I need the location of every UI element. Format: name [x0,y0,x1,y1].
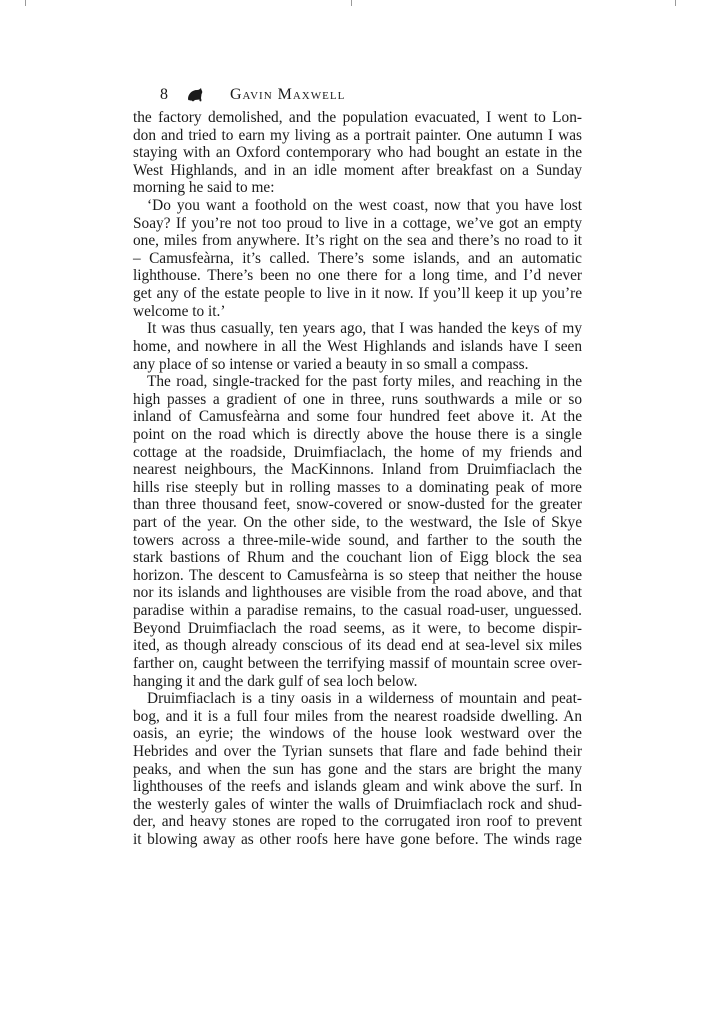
text-line: point on the road which is directly abov… [133,426,582,444]
text-line: any place of so intense or varied a beau… [133,356,582,374]
running-head: 8 Gavin Maxwell [160,84,345,106]
text-line: the westerly gales of winter the walls o… [133,796,582,814]
text-line: lighthouses of the reefs and islands gle… [133,778,582,796]
text-line: cottage at the roadside, Druimfiaclach, … [133,444,582,462]
crop-mark-left [25,0,26,6]
text-line: nor its islands and lighthouses are visi… [133,584,582,602]
crop-mark-center [351,0,352,6]
text-line: home, and nowhere in all the West Highla… [133,338,582,356]
text-line: stark bastions of Rhum and the couchant … [133,549,582,567]
text-line: it blowing away as other roofs here have… [133,831,582,849]
crop-mark-right [675,0,676,6]
text-line: towers across a three-mile-wide sound, a… [133,532,582,550]
text-line: staying with an Oxford contemporary who … [133,144,582,162]
body-text: the factory demolished, and the populati… [133,109,582,849]
text-line: part of the year. On the other side, to … [133,514,582,532]
text-line: Druimfiaclach is a tiny oasis in a wilde… [133,690,582,708]
text-line: paradise within a paradise remains, to t… [133,602,582,620]
text-line: welcome to it.’ [133,303,582,321]
text-line: the factory demolished, and the populati… [133,109,582,127]
text-line: peaks, and when the sun has gone and the… [133,761,582,779]
text-line: ited, as though already conscious of its… [133,637,582,655]
text-line: The road, single-tracked for the past fo… [133,373,582,391]
author-name: Gavin Maxwell [230,86,345,104]
text-line: get any of the estate people to live in … [133,285,582,303]
text-line: ‘Do you want a foothold on the west coas… [133,197,582,215]
text-line: Soay? If you’re not too proud to live in… [133,215,582,233]
text-line: one, miles from anywhere. It’s right on … [133,232,582,250]
text-line: bog, and it is a full four miles from th… [133,708,582,726]
text-line: It was thus casually, ten years ago, tha… [133,320,582,338]
text-line: inland of Camusfeàrna and some four hund… [133,408,582,426]
text-line: Hebrides and over the Tyrian sunsets tha… [133,743,582,761]
text-line: der, and heavy stones are roped to the c… [133,813,582,831]
text-line: high passes a gradient of one in three, … [133,391,582,409]
text-line: hanging it and the dark gulf of sea loch… [133,673,582,691]
text-line: oasis, an eyrie; the windows of the hous… [133,725,582,743]
text-line: morning he said to me: [133,179,582,197]
text-line: lighthouse. There’s been no one there fo… [133,267,582,285]
otter-ornament-icon [186,87,204,103]
text-line: horizon. The descent to Camusfeàrna is s… [133,567,582,585]
text-line: farther on, caught between the terrifyin… [133,655,582,673]
text-line: than three thousand feet, snow-covered o… [133,496,582,514]
text-line: nearest neighbours, the MacKinnons. Inla… [133,461,582,479]
text-line: Beyond Druimfiaclach the road seems, as … [133,620,582,638]
page-number: 8 [160,86,186,104]
text-line: don and tried to earn my living as a por… [133,127,582,145]
text-line: hills rise steeply but in rolling masses… [133,479,582,497]
text-line: – Camusfeàrna, it’s called. There’s some… [133,250,582,268]
text-line: West Highlands, and in an idle moment af… [133,162,582,180]
